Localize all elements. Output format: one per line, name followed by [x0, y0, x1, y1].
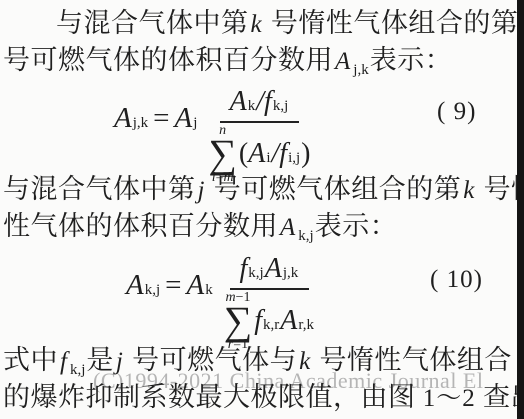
text-line: 与混合气体中第j 号可燃气体组合的第k 号惰	[3, 171, 524, 208]
division-slash: /	[256, 86, 264, 118]
text-run: 号惰性气体组合的第	[264, 8, 519, 38]
math-var-f: f	[279, 138, 287, 170]
math-subscript: j,k	[282, 265, 299, 282]
math-var-k: k	[461, 177, 476, 204]
paragraph-2: 与混合气体中第j 号可燃气体组合的第k 号惰 性气体的体积百分数用Ak,j表示：	[3, 171, 524, 245]
math-var-k: k	[249, 11, 264, 38]
math-var-k: k	[297, 348, 312, 375]
math-subscript: j	[192, 115, 198, 132]
math-var-A: A	[126, 269, 144, 302]
math-subscript: k,j	[247, 265, 264, 282]
math-var-A: A	[333, 48, 352, 75]
paragraph-1: 与混合气体中第k 号惰性气体组合的第j 号可燃气体的体积百分数用Aj,k表示：	[3, 5, 524, 79]
open-paren: (	[239, 138, 248, 170]
text-run: 的爆炸抑制系数最大极限值，由图	[3, 382, 423, 412]
math-subscript: j,k	[352, 62, 369, 78]
math-subscript: r,k	[297, 317, 315, 334]
text-run: 号可燃气体的体积百分数用	[3, 45, 333, 75]
math-subscript: j,k	[132, 115, 149, 132]
math-var-j: j	[196, 177, 207, 204]
equation-10: Ak,j=Ak fk,jAj,k m−1∑r=1 fk,rAr,k	[126, 253, 315, 351]
paragraph-3: 式中fk,j是j 号可燃气体与k 号惰性气体组合 的爆炸抑制系数最大极限值，由图…	[3, 342, 524, 416]
math-var-f: f	[254, 305, 262, 337]
division-slash: /	[272, 138, 280, 170]
document-page: (C)1994-2021 China Academic Journal El 与…	[0, 0, 524, 419]
text-run: 号可燃气体与	[125, 345, 297, 375]
math-var-A: A	[175, 102, 193, 135]
fraction: Ak/fk,j n∑i=m (Ai/fi,j)	[208, 86, 310, 184]
math-var-f: f	[240, 253, 248, 285]
text-line: 的爆炸抑制系数最大极限值，由图 1～2 查出。	[3, 379, 524, 416]
math-var-A: A	[248, 138, 265, 170]
math-var-A: A	[280, 305, 297, 337]
math-var-A: A	[187, 269, 205, 302]
fraction-numerator: fk,jAj,k	[230, 253, 310, 290]
math-var-f: f	[264, 86, 272, 118]
math-subscript: k,j	[297, 228, 314, 244]
text-line: 号可燃气体的体积百分数用Aj,k表示：	[3, 42, 524, 79]
math-subscript: i,j	[287, 150, 301, 167]
math-subscript: k,j	[144, 282, 161, 299]
equation-number-9: ( 9)	[437, 98, 476, 126]
math-subscript: k	[247, 98, 257, 115]
text-run: 号惰性气体组合	[312, 345, 512, 375]
text-run: 与混合气体中第	[3, 174, 196, 204]
equation-9-lhs: Aj,k=Aj	[114, 102, 198, 135]
math-var-f: f	[58, 348, 69, 375]
equals-sign: =	[153, 102, 169, 135]
text-run: 是	[86, 345, 114, 375]
math-var-A: A	[278, 214, 297, 241]
text-line: 与混合气体中第k 号惰性气体组合的第j	[3, 5, 524, 42]
text-run: 式中	[3, 345, 58, 375]
math-subscript: k,j	[272, 98, 289, 115]
math-var-A: A	[230, 86, 247, 118]
text-run: 号可燃气体组合的第	[206, 174, 461, 204]
sigma-symbol: ∑	[224, 304, 253, 338]
equation-number-10: ( 10)	[430, 266, 483, 294]
denominator-expression: (Ai/fi,j)	[239, 138, 311, 170]
text-line: 性气体的体积百分数用Ak,j表示：	[3, 208, 524, 245]
equals-sign: =	[165, 269, 181, 302]
close-paren: )	[301, 138, 310, 170]
sigma-symbol: ∑	[208, 137, 237, 171]
text-run: 表示：	[370, 45, 453, 75]
text-run: 性气体的体积百分数用	[3, 211, 278, 241]
text-run: 表示：	[315, 211, 398, 241]
math-subscript: k,r	[262, 317, 280, 334]
figure-range: 1～2	[423, 385, 476, 412]
denominator-expression: fk,rAr,k	[254, 305, 315, 337]
text-run: 与混合气体中第	[56, 8, 249, 38]
fraction-numerator: Ak/fk,j	[220, 86, 300, 123]
text-line: 式中fk,j是j 号可燃气体与k 号惰性气体组合	[3, 342, 524, 379]
equation-9: Aj,k=Aj Ak/fk,j n∑i=m (Ai/fi,j)	[114, 86, 311, 184]
fraction: fk,jAj,k m−1∑r=1 fk,rAr,k	[224, 253, 315, 351]
math-subscript: k	[204, 282, 214, 299]
math-var-A: A	[265, 253, 282, 285]
math-var-A: A	[114, 102, 132, 135]
scan-edge-strip	[517, 0, 524, 419]
equation-10-lhs: Ak,j=Ak	[126, 269, 214, 302]
math-subscript: k,j	[69, 362, 86, 378]
math-var-j: j	[114, 348, 125, 375]
